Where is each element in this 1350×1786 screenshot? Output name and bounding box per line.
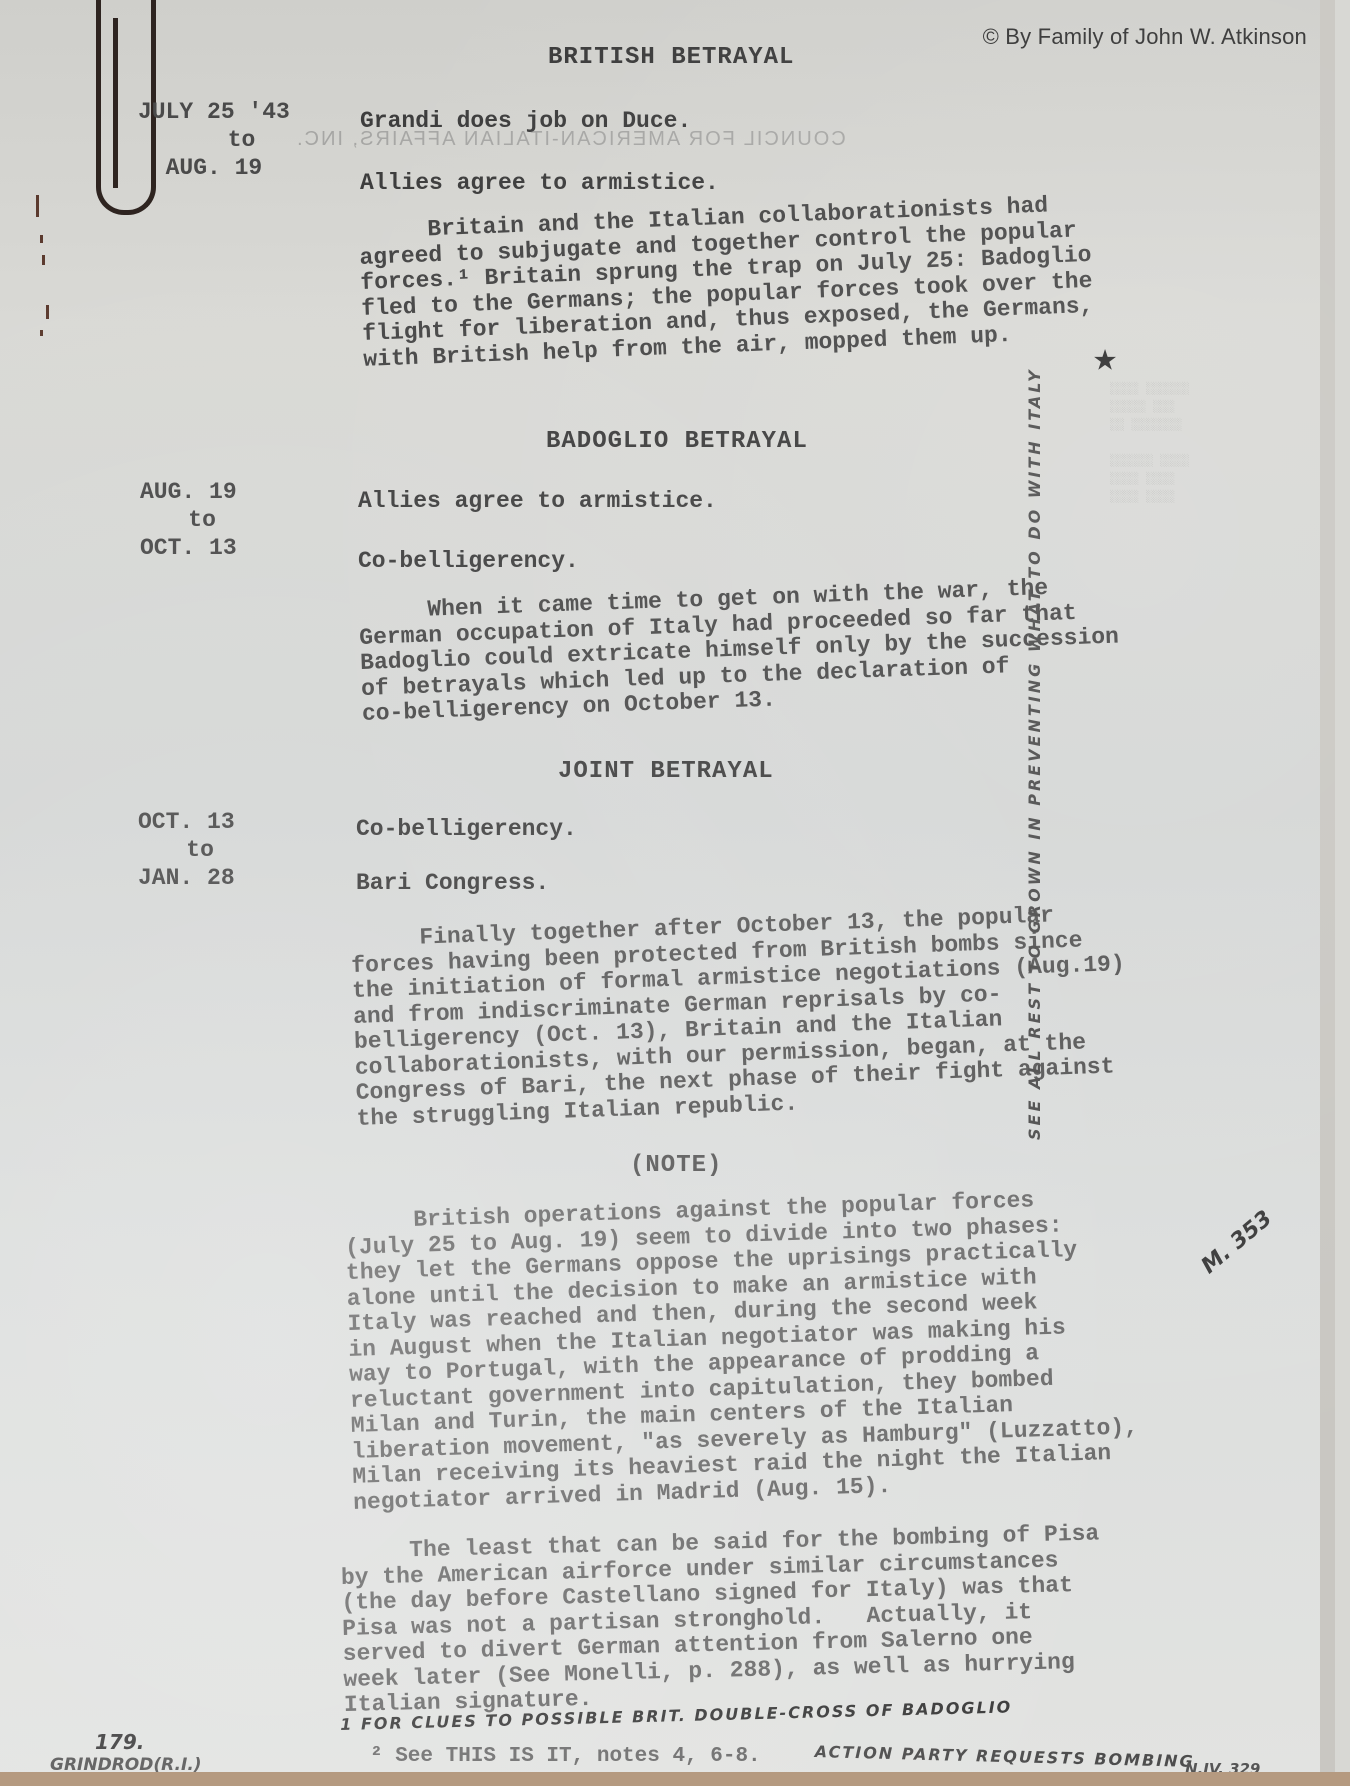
desk-surface [0, 1772, 1350, 1786]
event-line: Bari Congress. [356, 870, 549, 896]
event-line: Allies agree to armistice. [358, 488, 717, 514]
document-page: COUNCIL FOR AMERICAN-ITALIAN AFFAIRS, IN… [0, 0, 1335, 1786]
handwritten-vertical-margin-note: SEE ALL REST TO GROWN IN PREVENTING WHAT… [1025, 140, 1044, 1140]
show-through-text: ░░░░ ░░░░░░░░░░░ ░░░░░ ░░░░░░░░░░░░░ ░░░… [1110, 380, 1280, 506]
event-line: Co-belligerency. [356, 816, 577, 842]
paragraph: When it came time to get on with the war… [358, 574, 1121, 728]
copyright-notice: © By Family of John W. Atkinson [983, 24, 1307, 50]
section-heading-british-betrayal: BRITISH BETRAYAL [548, 44, 794, 71]
section-heading-joint-betrayal: JOINT BETRAYAL [558, 758, 774, 785]
handwritten-left-ref-number: 179. [95, 1730, 144, 1754]
section-heading-badoglio-betrayal: BADOGLIO BETRAYAL [546, 428, 808, 455]
date-range: OCT. 13 to JAN. 28 [138, 808, 235, 892]
page-edge [1320, 0, 1335, 1786]
paperclip-wire [113, 18, 118, 188]
note-heading: (NOTE) [630, 1152, 722, 1179]
note-paragraph: British operations against the popular f… [344, 1185, 1140, 1516]
star-annotation-icon: ★ [1093, 334, 1117, 383]
event-line: Co-belligerency. [358, 548, 579, 574]
typed-footnote-2: ² See THIS IS IT, notes 4, 6-8. [370, 1744, 761, 1770]
date-range: JULY 25 '43 to AUG. 19 [138, 98, 290, 182]
rust-marks [32, 195, 62, 395]
note-paragraph: The least that can be said for the bombi… [340, 1521, 1103, 1718]
handwritten-margin-mark: M. 353 [1197, 1206, 1277, 1279]
event-line: Grandi does job on Duce. [360, 108, 691, 134]
date-range: AUG. 19 to OCT. 13 [140, 478, 237, 562]
event-line: Allies agree to armistice. [360, 170, 719, 196]
paragraph: Finally together after October 13, the p… [350, 901, 1130, 1132]
paragraph: Britain and the Italian collaborationist… [358, 192, 1095, 373]
handwritten-footnote-2: ACTION PARTY REQUESTS BOMBING [815, 1742, 1195, 1771]
